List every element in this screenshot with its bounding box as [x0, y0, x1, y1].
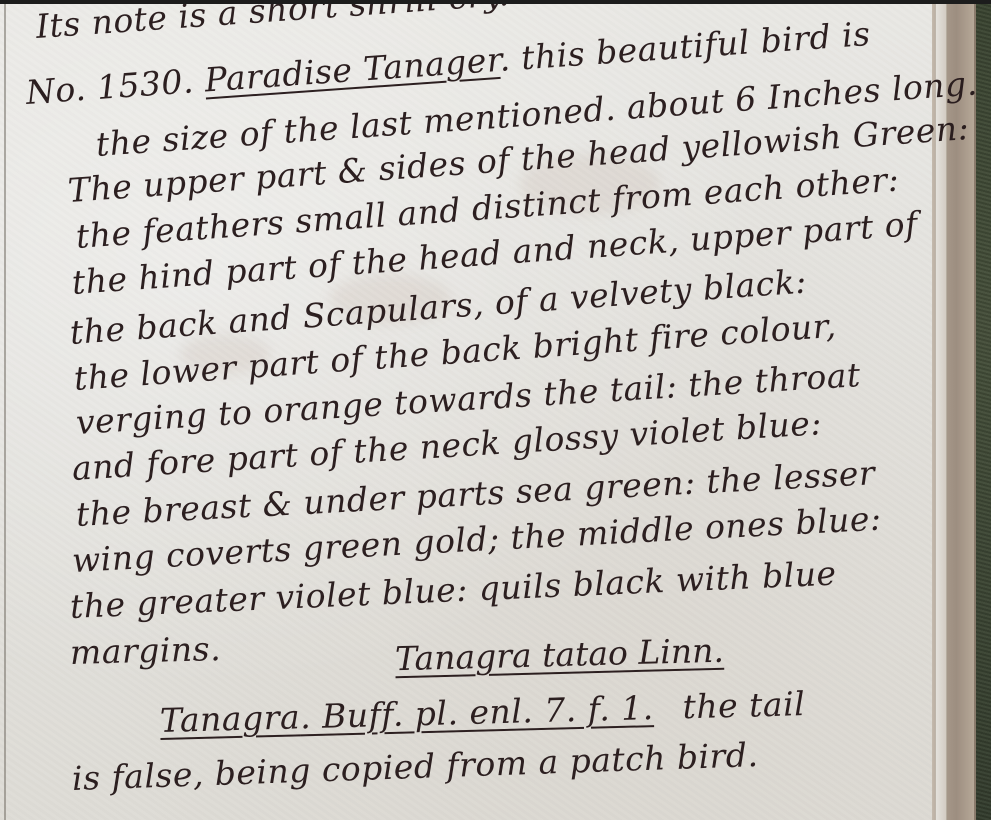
- manuscript-photo: Its note is a short shrill cry. No. 1530…: [0, 0, 991, 820]
- entry-title-rest: . this beautiful bird is: [498, 14, 872, 79]
- text-line-14: margins.: [70, 632, 222, 669]
- entry-title: Paradise Tanager: [203, 40, 500, 100]
- page-left-border: [4, 4, 6, 820]
- reference-genus: Tanagra: [159, 697, 300, 740]
- reference-citation: . Buff. pl. enl. 7. f. 1.: [300, 688, 655, 736]
- manuscript-page: Its note is a short shrill cry. No. 1530…: [0, 4, 932, 820]
- top-dark-strip: [0, 0, 991, 4]
- text-line-1: Its note is a short shrill cry.: [35, 0, 511, 43]
- latin-name: Tanagra tatao Linn.: [395, 634, 725, 676]
- entry-number: No. 1530.: [25, 61, 195, 112]
- reference-note: the tail: [682, 684, 806, 726]
- closing-line: is false, being copied from a patch bird…: [71, 738, 759, 795]
- reference-line: Tanagra. Buff. pl. enl. 7. f. 1. the tai…: [160, 687, 806, 737]
